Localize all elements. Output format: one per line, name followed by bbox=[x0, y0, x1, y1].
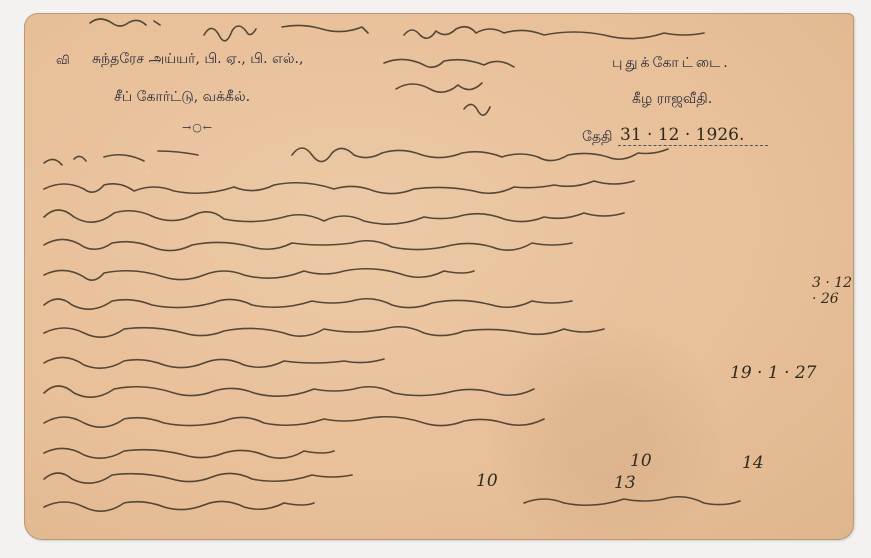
handwriting-strokes bbox=[24, 13, 854, 540]
postcard: வி சுந்தரேச அய்யர், பி. ஏ., பி. எல்., சீ… bbox=[24, 13, 854, 540]
